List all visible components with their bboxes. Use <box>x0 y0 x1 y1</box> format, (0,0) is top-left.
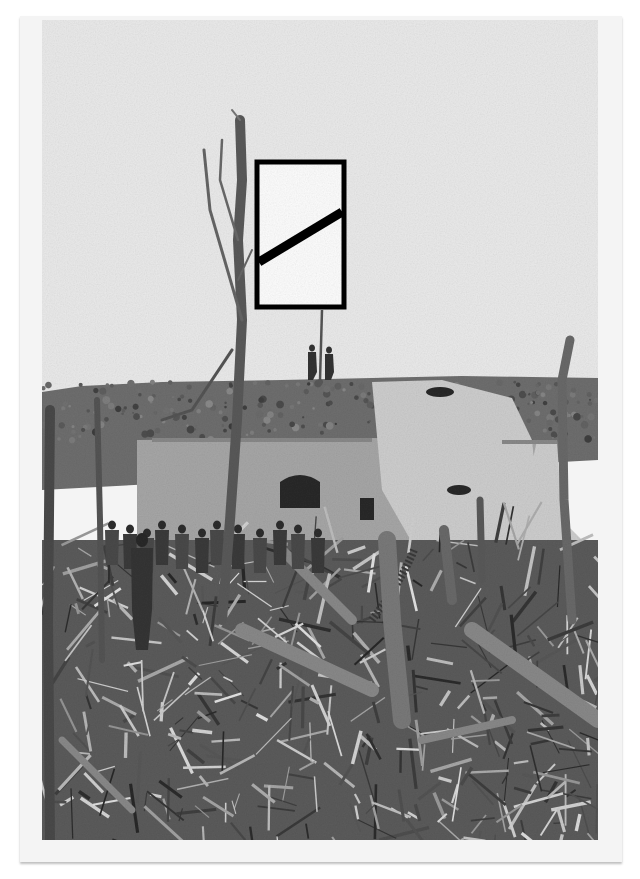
soldier <box>105 521 119 566</box>
tree-stump <box>480 500 482 580</box>
tree-trunk-left <box>48 410 50 840</box>
bunker-entrance <box>280 475 320 508</box>
bunker-ledge <box>502 440 557 444</box>
shell-hole <box>447 485 471 495</box>
soldier-foreground <box>131 533 153 650</box>
photo-scene <box>42 20 598 840</box>
censored-flag <box>257 162 344 307</box>
shell-hole <box>426 387 454 397</box>
bunker-ledge <box>152 438 372 442</box>
historical-photograph <box>42 20 598 840</box>
bunker-doorway <box>360 498 374 520</box>
